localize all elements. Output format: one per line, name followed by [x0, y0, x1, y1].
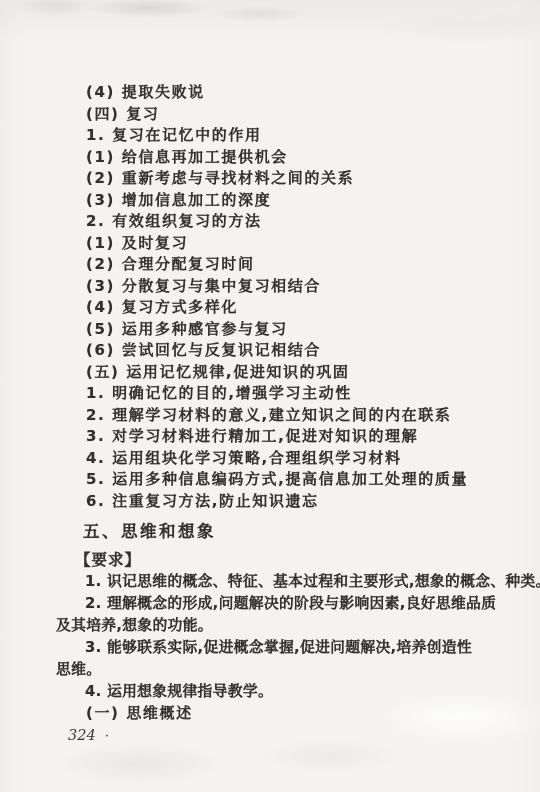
outline-line: (6) 尝试回忆与反复识记相结合 — [56, 340, 484, 362]
page-number-dot: · — [105, 729, 109, 744]
outline-line: (2) 重新考虑与寻找材料之间的关系 — [56, 168, 484, 190]
requirement-line: 2. 理解概念的形成,问题解决的阶段与影响因素,良好思维品质 — [56, 593, 484, 615]
outline-line: (4) 提取失败说 — [56, 82, 484, 104]
outline-line: (3) 分散复习与集中复习相结合 — [56, 276, 484, 298]
subsection-heading: (一) 思维概述 — [56, 703, 484, 725]
outline-line: 6. 注重复习方法,防止知识遗忘 — [56, 491, 484, 513]
outline-line: (四) 复习 — [56, 104, 484, 126]
section-heading: 五、思维和想象 — [56, 520, 484, 544]
outline-line: 2. 有效组织复习的方法 — [56, 211, 484, 233]
requirement-line-continuation: 思维。 — [56, 659, 484, 681]
outline-list: (4) 提取失败说 (四) 复习 1. 复习在记忆中的作用 (1) 给信息再加工… — [56, 82, 484, 512]
outline-line: (五) 运用记忆规律,促进知识的巩固 — [56, 362, 484, 384]
requirements-label: 【要求】 — [56, 549, 484, 571]
requirement-line: 4. 运用想象规律指导教学。 — [56, 681, 484, 703]
outline-line: (4) 复习方式多样化 — [56, 297, 484, 319]
page-number: 324· — [56, 726, 484, 747]
outline-line: (1) 给信息再加工提供机会 — [56, 147, 484, 169]
scanned-textbook-page: (4) 提取失败说 (四) 复习 1. 复习在记忆中的作用 (1) 给信息再加工… — [0, 0, 540, 792]
requirement-line-continuation: 及其培养,想象的功能。 — [56, 615, 484, 637]
outline-line: (1) 及时复习 — [56, 233, 484, 255]
outline-line: 5. 运用多种信息编码方式,提高信息加工处理的质量 — [56, 469, 484, 491]
requirements-block: 1. 识记思维的概念、特征、基本过程和主要形式,想象的概念、种类。 2. 理解概… — [56, 571, 484, 703]
page-number-value: 324 — [68, 728, 96, 744]
outline-line: 1. 明确记忆的目的,增强学习主动性 — [56, 383, 484, 405]
outline-line: (2) 合理分配复习时间 — [56, 254, 484, 276]
outline-line: 3. 对学习材料进行精加工,促进对知识的理解 — [56, 426, 484, 448]
outline-line: 1. 复习在记忆中的作用 — [56, 125, 484, 147]
page-content: (4) 提取失败说 (四) 复习 1. 复习在记忆中的作用 (1) 给信息再加工… — [56, 82, 484, 747]
outline-line: (5) 运用多种感官参与复习 — [56, 319, 484, 341]
requirement-line: 3. 能够联系实际,促进概念掌握,促进问题解决,培养创造性 — [56, 637, 484, 659]
outline-line: (3) 增加信息加工的深度 — [56, 190, 484, 212]
outline-line: 4. 运用组块化学习策略,合理组织学习材料 — [56, 448, 484, 470]
requirement-line: 1. 识记思维的概念、特征、基本过程和主要形式,想象的概念、种类。 — [56, 571, 484, 593]
outline-line: 2. 理解学习材料的意义,建立知识之间的内在联系 — [56, 405, 484, 427]
